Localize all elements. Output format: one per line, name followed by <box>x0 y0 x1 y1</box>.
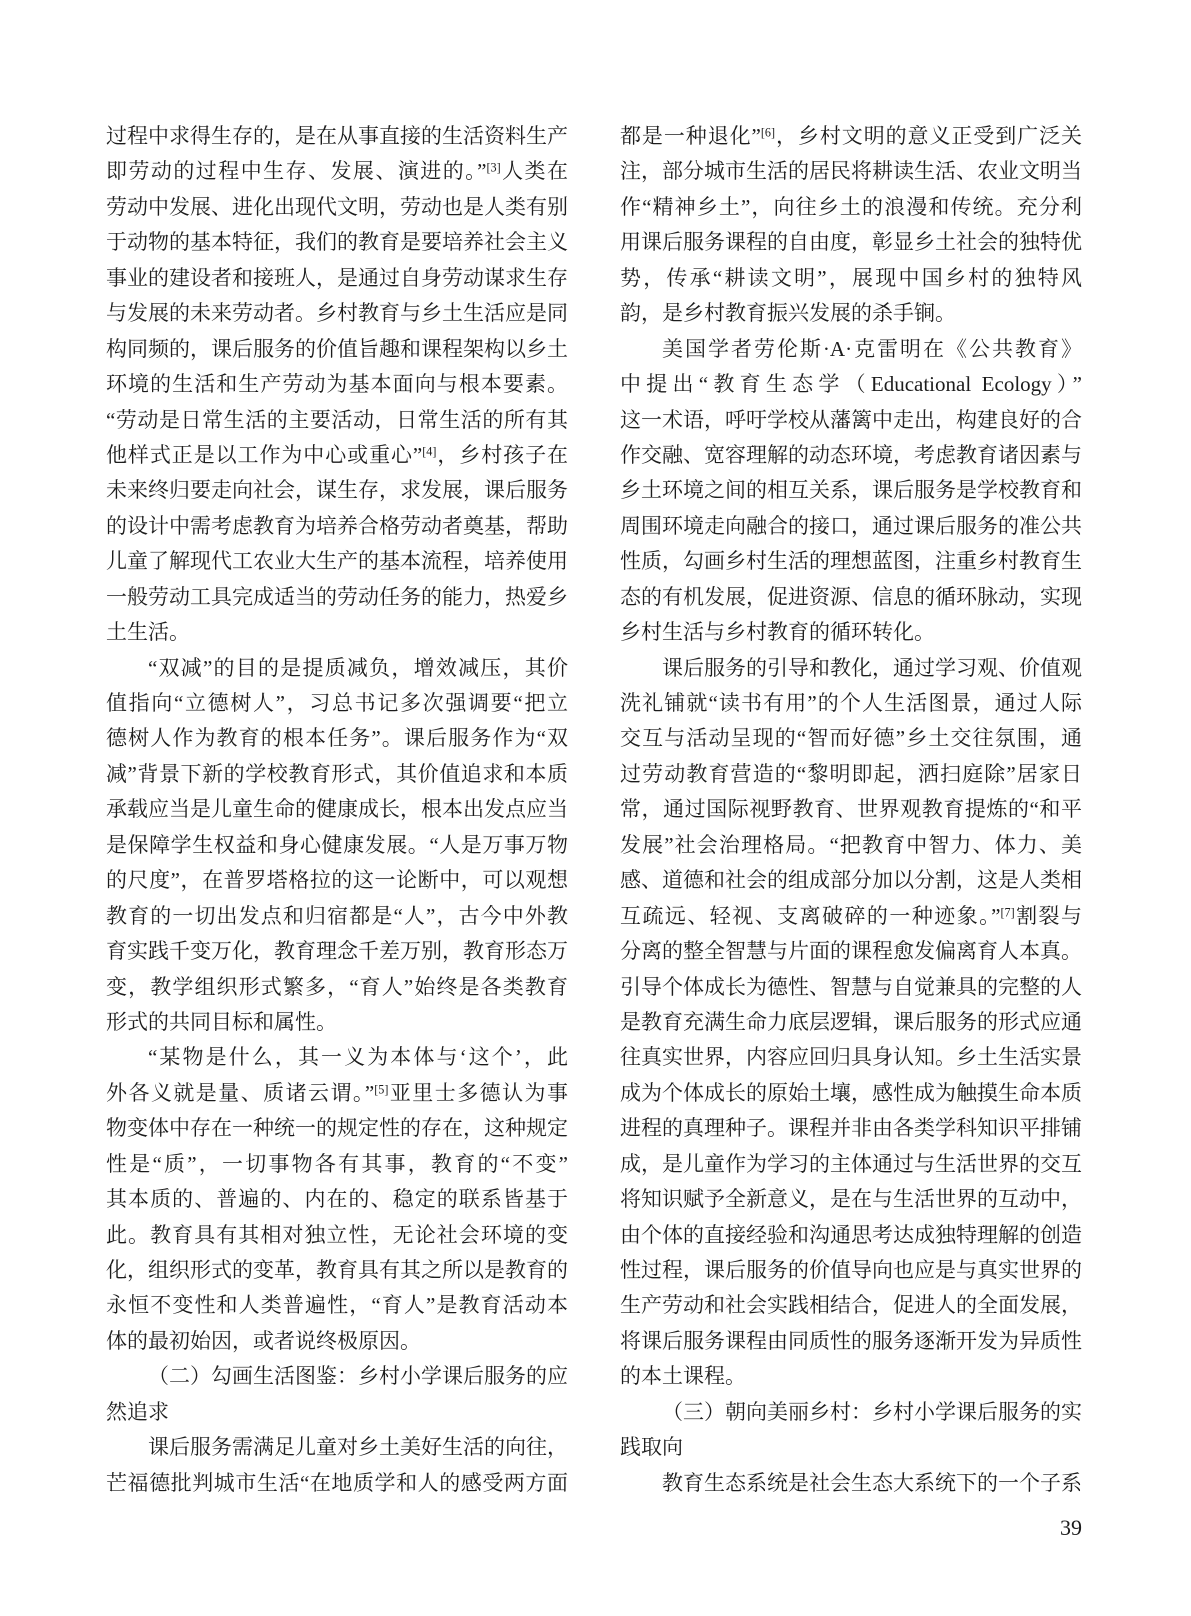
text-line: 发展”社会治理格局。“把教育中智力、体力、美 <box>620 828 1082 863</box>
text-line: 互疏远、轻视、支离破碎的一种迹象。”[7]割裂与 <box>620 899 1082 934</box>
text-line: 践取向 <box>620 1430 1082 1465</box>
text-line: 洗礼铺就“读书有用”的个人生活图景，通过人际 <box>620 686 1082 721</box>
footnote-marker: [3] <box>486 161 500 175</box>
text-line: 作交融、宽容理解的动态环境，考虑教育诸因素与 <box>620 438 1082 473</box>
text-line: 外各义就是量、质诸云谓。”[5]亚里士多德认为事 <box>106 1076 568 1111</box>
text-column-left: 过程中求得生存的，是在从事直接的生活资料生产即劳动的过程中生存、发展、演进的。”… <box>106 119 568 1501</box>
text-line: 变，教学组织形式繁多，“育人”始终是各类教育 <box>106 970 568 1005</box>
text-line: 生产劳动和社会实践相结合，促进人的全面发展， <box>620 1288 1082 1323</box>
text-line: “双减”的目的是提质减负，增效减压，其价 <box>106 651 568 686</box>
text-line: 一般劳动工具完成适当的劳动任务的能力，热爱乡 <box>106 580 568 615</box>
text-line: 注，部分城市生活的居民将耕读生活、农业文明当 <box>620 154 1082 189</box>
text-line: 教育生态系统是社会生态大系统下的一个子系 <box>620 1466 1082 1501</box>
text-line: 是教育充满生命力底层逻辑，课后服务的形式应通 <box>620 1005 1082 1040</box>
text-line: 过劳动教育营造的“黎明即起，洒扫庭除”居家日 <box>620 757 1082 792</box>
text-line: 环境的生活和生产劳动为基本面向与根本要素。 <box>106 367 568 402</box>
text-line: 周围环境走向融合的接口，通过课后服务的准公共 <box>620 509 1082 544</box>
text-line: （三）朝向美丽乡村：乡村小学课后服务的实 <box>620 1395 1082 1430</box>
text-line: “某物是什么，其一义为本体与‘这个’，此 <box>106 1040 568 1075</box>
text-line: 然追求 <box>106 1395 568 1430</box>
text-line: 永恒不变性和人类普遍性，“育人”是教育活动本 <box>106 1288 568 1323</box>
text-line: 劳动中发展、进化出现代文明，劳动也是人类有别 <box>106 190 568 225</box>
text-line: 往真实世界，内容应回归具身认知。乡土生活实景 <box>620 1040 1082 1075</box>
text-line: 此。教育具有其相对独立性，无论社会环境的变 <box>106 1218 568 1253</box>
document-page: 过程中求得生存的，是在从事直接的生活资料生产即劳动的过程中生存、发展、演进的。”… <box>0 0 1191 1616</box>
text-line: 儿童了解现代工农业大生产的基本流程，培养使用 <box>106 544 568 579</box>
text-line: 的设计中需考虑教育为培养合格劳动者奠基，帮助 <box>106 509 568 544</box>
text-line: 引导个体成长为德性、智慧与自觉兼具的完整的人 <box>620 970 1082 1005</box>
footnote-marker: [4] <box>422 444 436 458</box>
text-line: “劳动是日常生活的主要活动，日常生活的所有其 <box>106 403 568 438</box>
text-line: 韵，是乡村教育振兴发展的杀手锏。 <box>620 296 1082 331</box>
text-line: 教育的一切出发点和归宿都是“人”，古今中外教 <box>106 899 568 934</box>
text-line: 乡村生活与乡村教育的循环转化。 <box>620 615 1082 650</box>
text-line: 进程的真理种子。课程并非由各类学科知识平排铺 <box>620 1111 1082 1146</box>
text-line: 乡土环境之间的相互关系，课后服务是学校教育和 <box>620 473 1082 508</box>
text-line: 的尺度”，在普罗塔格拉的这一论断中，可以观想 <box>106 863 568 898</box>
footnote-marker: [6] <box>761 125 775 139</box>
text-line: 感、道德和社会的组成部分加以分割，这是人类相 <box>620 863 1082 898</box>
text-line: 势，传承“耕读文明”，展现中国乡村的独特风 <box>620 261 1082 296</box>
page-number: 39 <box>620 1510 1082 1546</box>
text-line: （二）勾画生活图鉴：乡村小学课后服务的应 <box>106 1359 568 1394</box>
text-line: 作“精神乡土”，向往乡土的浪漫和传统。充分利 <box>620 190 1082 225</box>
text-line: 即劳动的过程中生存、发展、演进的。”[3]人类在 <box>106 154 568 189</box>
text-line: 形式的共同目标和属性。 <box>106 1005 568 1040</box>
text-line: 事业的建设者和接班人，是通过自身劳动谋求生存 <box>106 261 568 296</box>
text-line: 未来终归要走向社会，谋生存，求发展，课后服务 <box>106 473 568 508</box>
text-line: 交互与活动呈现的“智而好德”乡土交往氛围，通 <box>620 721 1082 756</box>
text-line: 课后服务的引导和教化，通过学习观、价值观 <box>620 651 1082 686</box>
text-line: 与发展的未来劳动者。乡村教育与乡土生活应是同 <box>106 296 568 331</box>
text-line: 承载应当是儿童生命的健康成长，根本出发点应当 <box>106 792 568 827</box>
text-line: 将课后服务课程由同质性的服务逐渐开发为异质性 <box>620 1324 1082 1359</box>
text-line: 性是“质”，一切事物各有其事，教育的“不变” <box>106 1147 568 1182</box>
text-line: 过程中求得生存的，是在从事直接的生活资料生产 <box>106 119 568 154</box>
text-line: 是保障学生权益和身心健康发展。“人是万事万物 <box>106 828 568 863</box>
text-line: 分离的整全智慧与片面的课程愈发偏离育人本真。 <box>620 934 1082 969</box>
text-line: 性过程，课后服务的价值导向也应是与真实世界的 <box>620 1253 1082 1288</box>
text-line: 美国学者劳伦斯·A·克雷明在《公共教育》 <box>620 332 1082 367</box>
text-line: 课后服务需满足儿童对乡土美好生活的向往， <box>106 1430 568 1465</box>
text-line: 其本质的、普遍的、内在的、稳定的联系皆基于 <box>106 1182 568 1217</box>
text-line: 成为个体成长的原始土壤，感性成为触摸生命本质 <box>620 1076 1082 1111</box>
text-line: 将知识赋予全新意义，是在与生活世界的互动中， <box>620 1182 1082 1217</box>
text-line: 中提出“教育生态学（Educational Ecology）” <box>620 367 1082 402</box>
text-line: 由个体的直接经验和沟通思考达成独特理解的创造 <box>620 1218 1082 1253</box>
text-line: 性质，勾画乡村生活的理想蓝图，注重乡村教育生 <box>620 544 1082 579</box>
text-line: 态的有机发展，促进资源、信息的循环脉动，实现 <box>620 580 1082 615</box>
text-line: 德树人作为教育的根本任务”。课后服务作为“双 <box>106 721 568 756</box>
text-line: 物变体中存在一种统一的规定性的存在，这种规定 <box>106 1111 568 1146</box>
text-line: 化，组织形式的变革，教育具有其之所以是教育的 <box>106 1253 568 1288</box>
text-line: 体的最初始因，或者说终极原因。 <box>106 1324 568 1359</box>
text-line: 他样式正是以工作为中心或重心”[4]，乡村孩子在 <box>106 438 568 473</box>
text-line: 成，是儿童作为学习的主体通过与生活世界的交互 <box>620 1147 1082 1182</box>
text-line: 都是一种退化”[6]，乡村文明的意义正受到广泛关 <box>620 119 1082 154</box>
text-line: 用课后服务课程的自由度，彰显乡土社会的独特优 <box>620 225 1082 260</box>
text-line: 常，通过国际视野教育、世界观教育提炼的“和平 <box>620 792 1082 827</box>
text-line: 减”背景下新的学校教育形式，其价值追求和本质 <box>106 757 568 792</box>
text-line: 这一术语，呼吁学校从藩篱中走出，构建良好的合 <box>620 403 1082 438</box>
footnote-marker: [7] <box>1000 905 1014 919</box>
text-line: 育实践千变万化，教育理念千差万别，教育形态万 <box>106 934 568 969</box>
text-line: 于动物的基本特征，我们的教育是要培养社会主义 <box>106 225 568 260</box>
text-line: 土生活。 <box>106 615 568 650</box>
text-line: 值指向“立德树人”，习总书记多次强调要“把立 <box>106 686 568 721</box>
text-line: 芒福德批判城市生活“在地质学和人的感受两方面 <box>106 1466 568 1501</box>
text-column-right: 都是一种退化”[6]，乡村文明的意义正受到广泛关注，部分城市生活的居民将耕读生活… <box>620 119 1082 1501</box>
text-line: 构同频的，课后服务的价值旨趣和课程架构以乡土 <box>106 332 568 367</box>
footnote-marker: [5] <box>374 1082 388 1096</box>
text-line: 的本土课程。 <box>620 1359 1082 1394</box>
